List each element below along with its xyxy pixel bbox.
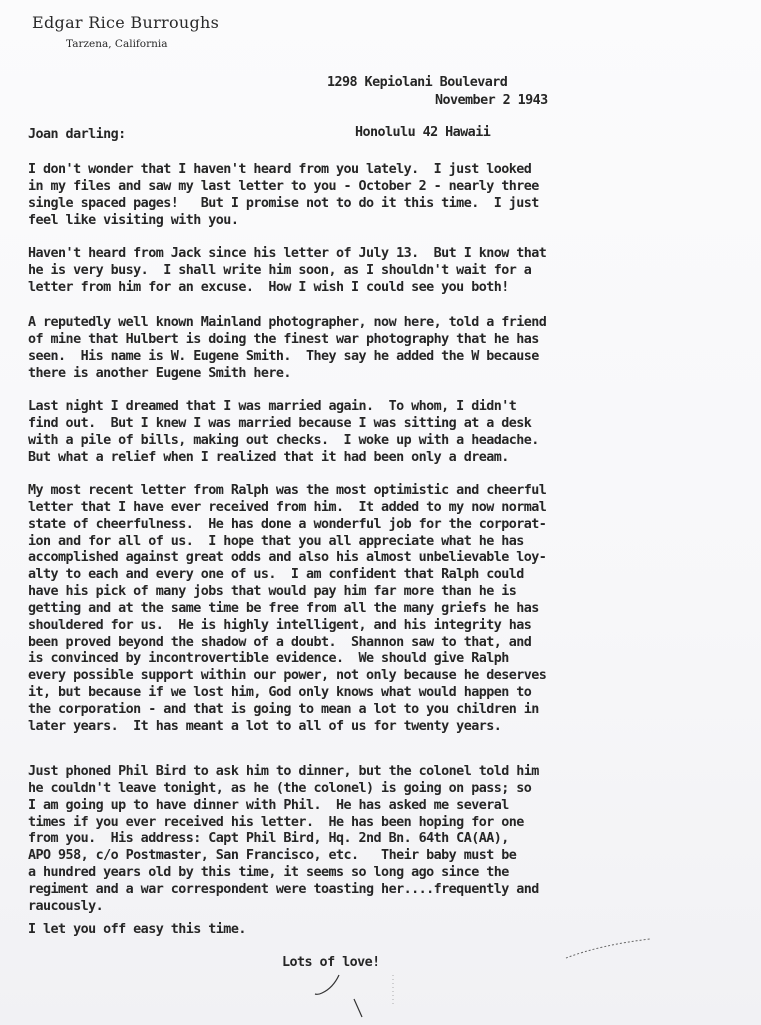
paragraph-line: in my files and saw my last letter to yo… (28, 179, 539, 196)
paragraph-line: find out. But I knew I was married becau… (28, 416, 539, 433)
paragraph-line: seen. His name is W. Eugene Smith. They … (28, 349, 546, 366)
paragraph-2: Haven't heard from Jack since his letter… (28, 246, 546, 297)
signature-stroke-icon (315, 975, 339, 994)
address-line-2: Honolulu 42 Hawaii (327, 125, 507, 142)
paragraph-3: A reputedly well known Mainland photogra… (28, 315, 546, 382)
paragraph-line: the corporation - and that is going to m… (28, 702, 546, 719)
paragraph-line: letter that I have ever received from hi… (28, 500, 546, 517)
paragraph-line: regiment and a war correspondent were to… (28, 882, 539, 899)
paragraph-line: been proved beyond the shadow of a doubt… (28, 635, 546, 652)
paragraph-line: Haven't heard from Jack since his letter… (28, 246, 546, 263)
paragraph-line: raucously. (28, 899, 539, 916)
paragraph-line: Last night I dreamed that I was married … (28, 399, 539, 416)
paragraph-line: from you. His address: Capt Phil Bird, H… (28, 831, 539, 848)
paragraph-line: times if you ever received his letter. H… (28, 815, 539, 832)
paragraph-line: he is very busy. I shall write him soon,… (28, 263, 546, 280)
closing: Lots of love! (282, 955, 380, 972)
paragraph-line: state of cheerfulness. He has done a won… (28, 517, 546, 534)
paragraph-7: I let you off easy this time. (28, 922, 246, 939)
paragraph-line: every possible support within our power,… (28, 668, 546, 685)
address-line-1: 1298 Kepiolani Boulevard (327, 75, 507, 92)
paragraph-line: But what a relief when I realized that i… (28, 450, 539, 467)
paragraph-line: is convinced by incontrovertible evidenc… (28, 651, 546, 668)
letter-date: November 2 1943 (435, 93, 548, 110)
paragraph-line: I don't wonder that I haven't heard from… (28, 162, 539, 179)
paragraph-line: of mine that Hulbert is doing the finest… (28, 332, 546, 349)
paragraph-line: I am going up to have dinner with Phil. … (28, 798, 539, 815)
paragraph-line: feel like visiting with you. (28, 213, 539, 230)
paragraph-line: single spaced pages! But I promise not t… (28, 196, 539, 213)
paragraph-5: My most recent letter from Ralph was the… (28, 483, 546, 736)
paragraph-line: accomplished against great odds and also… (28, 550, 546, 567)
paragraph-line: have his pick of many jobs that would pa… (28, 584, 546, 601)
letterhead: Edgar Rice Burroughs Tarzena, California (32, 14, 219, 50)
paragraph-line: I let you off easy this time. (28, 922, 246, 939)
paragraph-line: getting and at the same time be free fro… (28, 601, 546, 618)
paragraph-line: it, but because if we lost him, God only… (28, 685, 546, 702)
paragraph-6: Just phoned Phil Bird to ask him to dinn… (28, 764, 539, 916)
paragraph-line: shouldered for us. He is highly intellig… (28, 618, 546, 635)
paragraph-line: letter from him for an excuse. How I wis… (28, 280, 546, 297)
paragraph-line: he couldn't leave tonight, as he (the co… (28, 781, 539, 798)
paragraph-4: Last night I dreamed that I was married … (28, 399, 539, 466)
letterhead-name: Edgar Rice Burroughs (32, 14, 219, 32)
paragraph-line: alty to each and every one of us. I am c… (28, 567, 546, 584)
paragraph-line: there is another Eugene Smith here. (28, 366, 546, 383)
paragraph-line: ion and for all of us. I hope that you a… (28, 534, 546, 551)
paragraph-line: Just phoned Phil Bird to ask him to dinn… (28, 764, 539, 781)
paragraph-line: later years. It has meant a lot to all o… (28, 719, 546, 736)
paragraph-line: A reputedly well known Mainland photogra… (28, 315, 546, 332)
paragraph-line: a hundred years old by this time, it see… (28, 865, 539, 882)
paragraph-1: I don't wonder that I haven't heard from… (28, 162, 539, 229)
paragraph-line: with a pile of bills, making out checks.… (28, 433, 539, 450)
paragraph-line: APO 958, c/o Postmaster, San Francisco, … (28, 848, 539, 865)
letterhead-location: Tarzena, California (66, 38, 219, 50)
letter-page: Edgar Rice Burroughs Tarzena, California… (0, 0, 761, 1025)
salutation: Joan darling: (28, 127, 126, 144)
paragraph-line: My most recent letter from Ralph was the… (28, 483, 546, 500)
